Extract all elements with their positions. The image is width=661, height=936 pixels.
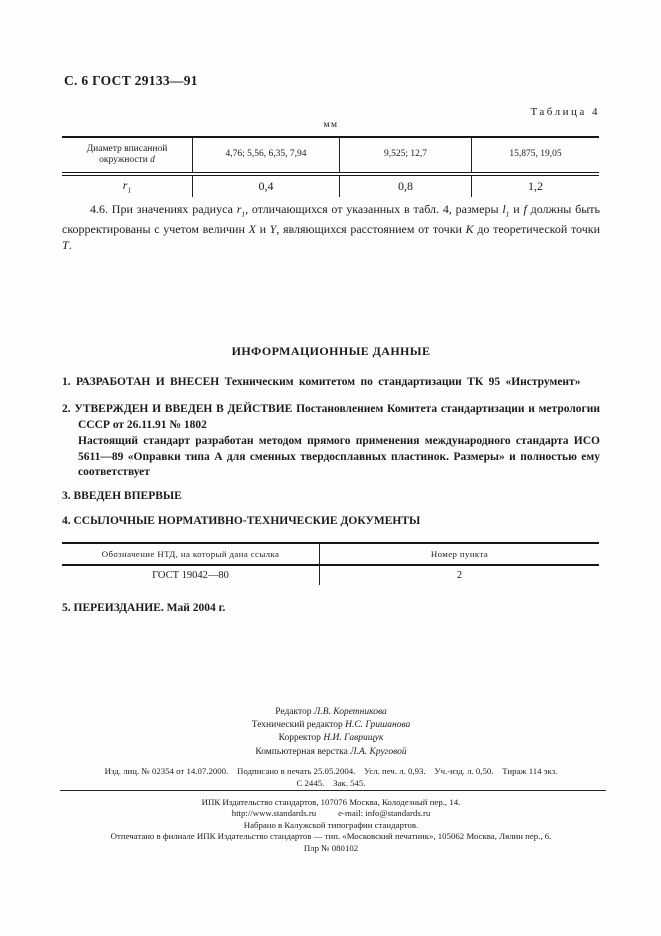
variable-k: K (466, 222, 474, 236)
table-unit-label: мм (62, 120, 600, 130)
clause-text: и (509, 202, 523, 216)
variable-r1: r1 (237, 202, 245, 216)
ref-table-data-row: ГОСТ 19042—80 2 (62, 566, 599, 585)
publisher-web-email-line: http://www.standards.ru e-mail: info@sta… (40, 808, 622, 819)
info-item-1: 1. РАЗРАБОТАН И ВНЕСЕН Техническим комит… (62, 374, 600, 390)
data-cell-r-value-3: 1,2 (472, 176, 599, 197)
info-item-2-note: Настоящий стандарт разработан методом пр… (78, 434, 600, 481)
data-cell-r-value-1: 0,4 (193, 176, 340, 197)
header-cell-group2: 9,525; 12,7 (340, 138, 472, 172)
dimension-table: Диаметр вписанной окружности d 4,76; 5,5… (62, 136, 599, 197)
divider-rule (60, 790, 606, 791)
ref-cell-clause-value: 2 (320, 566, 599, 585)
ref-table-header-row: Обозначение НТД, на который дана ссылка … (62, 544, 599, 566)
ref-cell-gost-number: ГОСТ 19042—80 (62, 566, 320, 585)
table-caption: Таблица 4 (62, 106, 600, 118)
header-cell-diameter: Диаметр вписанной окружности d (62, 138, 193, 172)
info-item-2: 2. УТВЕРЖДЕН И ВВЕДЕН В ДЕЙСТВИЕ Постано… (62, 401, 600, 433)
data-cell-r-value-2: 0,8 (340, 176, 472, 197)
imprint-line-2: С 2445. Зак. 545. (56, 778, 606, 790)
variable-t: T (62, 238, 69, 252)
publisher-printed-line: Отпечатано в филиале ИПК Издательство ст… (40, 831, 622, 842)
info-data-heading: ИНФОРМАЦИОННЫЕ ДАННЫЕ (62, 344, 600, 359)
credit-line-layout: Компьютерная верстка Л.А. Круговой (62, 746, 600, 759)
publisher-typeset-line: Набрано в Калужской типографии стандарто… (40, 820, 622, 831)
table-data-row: r1 0,4 0,8 1,2 (62, 176, 599, 197)
credit-line-editor: Редактор Л.В. Коретникова (62, 706, 600, 719)
variable-d: d (150, 155, 155, 165)
info-item-5: 5. ПЕРЕИЗДАНИЕ. Май 2004 г. (62, 600, 600, 616)
publisher-address-line: ИПК Издательство стандартов, 107076 Моск… (40, 797, 622, 808)
clause-text: , отличающихся от указанных в табл. 4, р… (245, 202, 502, 216)
ref-header-designation: Обозначение НТД, на который дана ссылка (62, 544, 320, 564)
credit-line-technical-editor: Технический редактор Н.С. Гришанова (62, 719, 600, 732)
publisher-plr-line: Плр № 080102 (40, 843, 622, 854)
ref-header-clause-number: Номер пункта (320, 544, 599, 564)
clause-text: 4.6. При значениях радиуса (90, 202, 237, 216)
clause-4-6: 4.6. При значениях радиуса r1, отличающи… (62, 202, 600, 253)
header-cell-diameter-text: Диаметр вписанной окружности d (68, 144, 186, 167)
credits-block: Редактор Л.В. Коретникова Технический ре… (62, 706, 600, 759)
variable-x: X (249, 222, 256, 236)
imprint-block: Изд. лиц. № 02354 от 14.07.2000. Подписа… (56, 766, 606, 789)
clause-text: и (256, 222, 270, 236)
table-header-row: Диаметр вписанной окружности d 4,76; 5,5… (62, 138, 599, 176)
header-cell-group1: 4,76; 5,56, 6,35, 7,94 (193, 138, 340, 172)
clause-text: . (69, 238, 72, 252)
data-cell-radius-symbol: r1 (62, 176, 193, 197)
clause-text: , являющихся расстоянием от точки (276, 222, 465, 236)
publisher-block: ИПК Издательство стандартов, 107076 Моск… (40, 797, 622, 854)
page-header: С. 6 ГОСТ 29133—91 (64, 73, 198, 89)
header-cell-group3: 15,875, 19,05 (472, 138, 599, 172)
credit-line-proofreader: Корректор Н.И. Гаврищук (62, 732, 600, 745)
reference-table: Обозначение НТД, на который дана ссылка … (62, 542, 599, 585)
info-item-3: 3. ВВЕДЕН ВПЕРВЫЕ (62, 488, 600, 504)
variable-r1: r1 (123, 178, 131, 194)
imprint-line-1: Изд. лиц. № 02354 от 14.07.2000. Подписа… (56, 766, 606, 778)
gost-standard-page: С. 6 ГОСТ 29133—91 Таблица 4 мм Диаметр … (0, 0, 661, 936)
clause-text: до теоретической точки (474, 222, 600, 236)
info-item-4: 4. ССЫЛОЧНЫЕ НОРМАТИВНО-ТЕХНИЧЕСКИЕ ДОКУ… (62, 513, 600, 529)
